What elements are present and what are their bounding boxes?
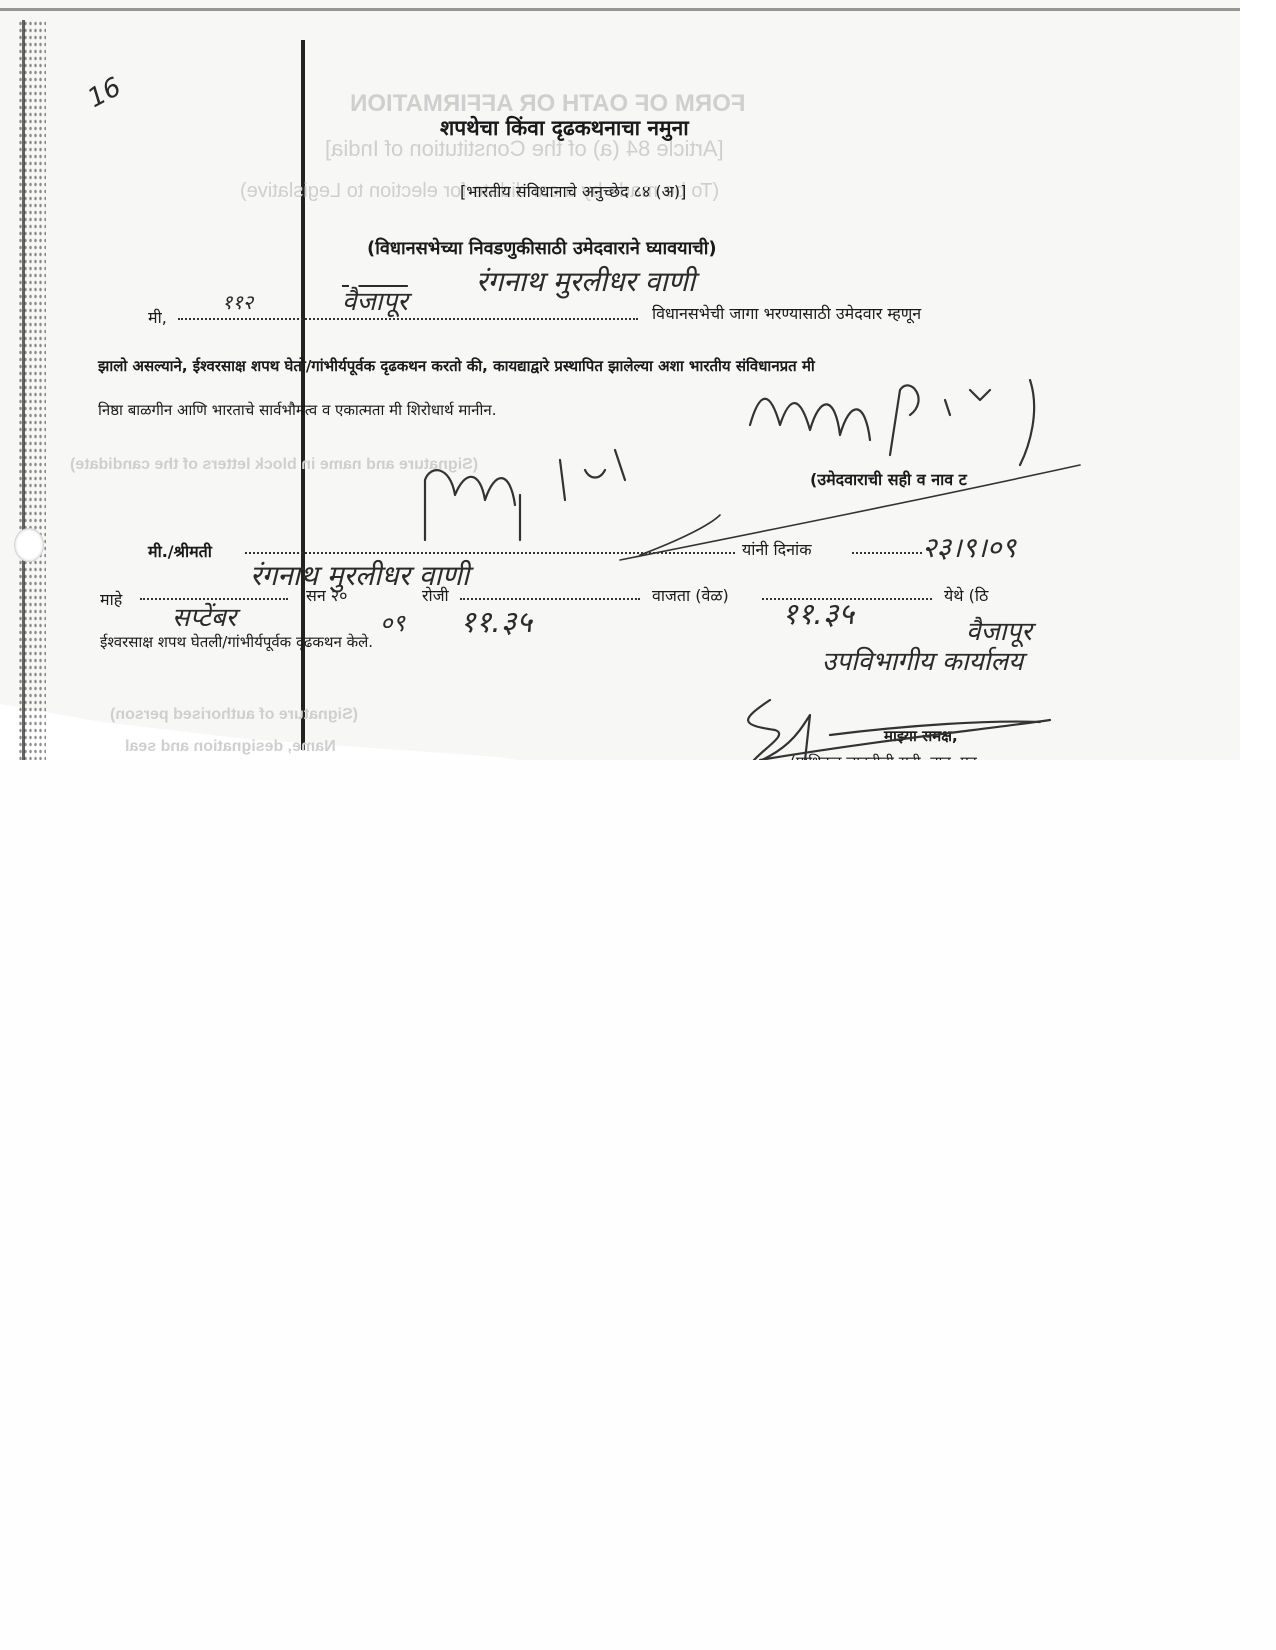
handwritten-year: ०९	[380, 606, 405, 639]
line1-suffix: विधानसभेची जागा भरण्यासाठी उमेदवार म्हणू…	[652, 302, 921, 324]
line1-prefix: मी,	[148, 306, 167, 328]
page-top-edge	[0, 8, 1240, 11]
line5-month-label: माहे	[100, 588, 122, 610]
handwritten-constituency-number: ११२	[222, 288, 253, 315]
oath-line-3: निष्ठा बाळगीन आणि भारताचे सार्वभौमत्व व …	[98, 400, 497, 420]
authority-signature	[730, 690, 1060, 770]
dotted-field	[178, 318, 638, 320]
handwritten-constituency-name: वैजापूर	[342, 282, 408, 318]
line5-place-label: येथे (ठि	[944, 584, 988, 606]
blank-lower-area	[0, 760, 1276, 1650]
form-subtitle: [भारतीय संविधानाचे अनुच्छेद ८४ (अ)]	[460, 180, 686, 202]
oath-line-2: झालो असल्याने, ईश्वरसाक्ष शपथ घेतो/गांभी…	[98, 356, 815, 376]
line4-prefix: मी./श्रीमती	[148, 540, 212, 562]
line5-time-label: वाजता (वेळ)	[652, 584, 729, 606]
candidate-signature-1	[740, 370, 1060, 470]
handwritten-time: ११.३५	[782, 592, 854, 633]
oath-line-6: ईश्वरसाक्ष शपथ घेतली/गांभीर्यपूर्वक दृढक…	[100, 632, 373, 652]
bleed-sign-note: (Signature and name in block letters of …	[70, 456, 478, 474]
bleed-auth-sign: (Signature of authorised person)	[110, 706, 358, 724]
handwritten-month: सप्टेंबर	[172, 598, 236, 634]
form-title: शपथेचा किंवा दृढकथनाचा नमुना	[440, 114, 689, 142]
bleed-auth-name: Name, designation and seal	[125, 738, 336, 756]
form-heading: (विधानसभेच्या निवडणुकीसाठी उमेदवाराने घ्…	[367, 236, 717, 260]
handwritten-candidate-name: रंगनाथ मुरलीधर वाणी	[476, 262, 695, 300]
handwritten-official-designation: उपविभागीय कार्यालय	[822, 642, 1023, 678]
handwritten-time-at: ११.३५	[460, 600, 532, 641]
handwritten-candidate-name-repeat: रंगनाथ मुरलीधर वाणी	[250, 556, 469, 594]
punch-hole	[14, 528, 44, 562]
strike-line	[620, 460, 1090, 570]
